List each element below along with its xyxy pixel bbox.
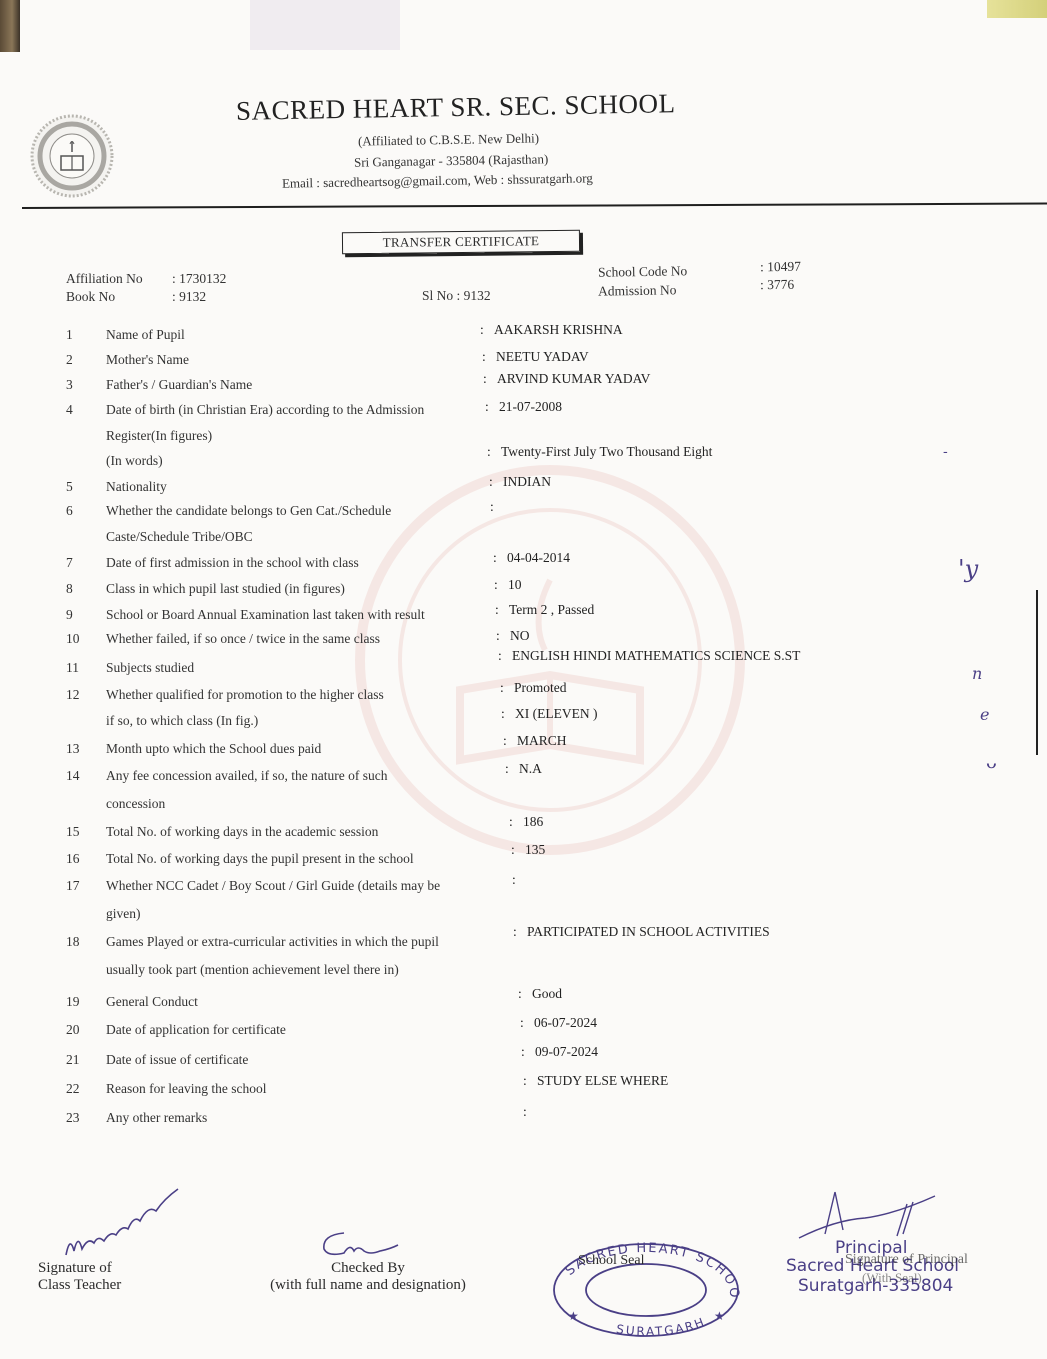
field-value: :: [523, 1104, 537, 1120]
field-number: 22: [66, 1081, 96, 1097]
field-value: :186: [509, 814, 543, 830]
field-label: Any fee concession availed, if so, the n…: [106, 768, 388, 784]
field-label-continued: Caste/Schedule Tribe/OBC: [106, 529, 253, 545]
field-value: :INDIAN: [489, 474, 551, 490]
class-teacher-label-line1: Signature of: [38, 1260, 121, 1277]
field-number: 13: [66, 741, 96, 757]
field-number: 14: [66, 768, 96, 784]
contact-line: Email : sacredheartsog@gmail.com, Web : …: [282, 170, 593, 191]
school-name: SACRED HEART SR. SEC. SCHOOL: [236, 88, 676, 127]
school-code-label: School Code No: [598, 263, 688, 281]
field-label: Any other remarks: [106, 1110, 207, 1126]
field-value: :: [490, 499, 504, 515]
school-seal-label: School Seal: [578, 1253, 645, 1269]
principal-signature-sublabel: (With Seal): [862, 1270, 922, 1286]
margin-mark: -: [943, 444, 948, 460]
affiliation-value: : 1730132: [172, 271, 226, 286]
book-label: Book No: [66, 289, 172, 305]
field-label: Whether failed, if so once / twice in th…: [106, 631, 380, 647]
field-number: 5: [66, 479, 96, 495]
field-value: :21-07-2008: [485, 399, 562, 415]
field-label: School or Board Annual Examination last …: [106, 607, 425, 623]
field-value: :135: [511, 842, 545, 858]
field-label: General Conduct: [106, 994, 198, 1010]
svg-text:SURATGARH: SURATGARH: [615, 1315, 707, 1338]
field-value: :04-04-2014: [493, 550, 570, 566]
field-value: :ENGLISH HINDI MATHEMATICS SCIENCE S.ST: [498, 648, 800, 664]
address-line: Sri Ganganagar - 335804 (Rajasthan): [354, 151, 548, 170]
field-number: 16: [66, 851, 96, 867]
field-label: Date of first admission in the school wi…: [106, 555, 359, 571]
school-code-value: : 10497: [760, 259, 801, 276]
field-label: Subjects studied: [106, 660, 194, 676]
certificate-title: TRANSFER CERTIFICATE: [342, 230, 580, 254]
field-value: :XI (ELEVEN ): [501, 706, 597, 722]
field-number: 8: [66, 581, 96, 597]
field-number: 11: [66, 660, 96, 676]
field-label: Whether the candidate belongs to Gen Cat…: [106, 503, 391, 519]
field-value: :Twenty-First July Two Thousand Eight: [487, 444, 712, 460]
admission-value: : 3776: [760, 277, 794, 294]
field-number: 2: [66, 352, 96, 368]
field-number: 17: [66, 878, 96, 894]
field-value: :: [512, 872, 526, 888]
field-label: Total No. of working days the pupil pres…: [106, 851, 414, 867]
class-teacher-label-line2: Class Teacher: [38, 1277, 121, 1294]
margin-mark: n: [972, 664, 982, 683]
field-number: 6: [66, 503, 96, 519]
sl-no: Sl No : 9132: [422, 288, 491, 304]
field-number: 10: [66, 631, 96, 647]
class-teacher-signature-icon: [60, 1185, 190, 1260]
field-number: 4: [66, 402, 96, 418]
field-number: 23: [66, 1110, 96, 1126]
field-label: Games Played or extra-curricular activit…: [106, 934, 439, 950]
book-value: : 9132: [172, 289, 206, 304]
svg-text:★: ★: [714, 1309, 725, 1323]
field-label: Total No. of working days in the academi…: [106, 824, 378, 840]
field-number: 7: [66, 555, 96, 571]
field-label: Father's / Guardian's Name: [106, 377, 252, 393]
field-label: Mother's Name: [106, 352, 189, 368]
checked-by-label: Checked By (with full name and designati…: [248, 1260, 488, 1294]
field-number: 15: [66, 824, 96, 840]
field-value: :10: [494, 577, 522, 593]
field-label: Class in which pupil last studied (in fi…: [106, 581, 345, 597]
class-teacher-label: Signature of Class Teacher: [38, 1260, 121, 1294]
field-label-continued: Register(In figures): [106, 428, 212, 444]
field-value: :PARTICIPATED IN SCHOOL ACTIVITIES: [513, 924, 770, 940]
field-label: Month upto which the School dues paid: [106, 741, 321, 757]
field-value: :N.A: [505, 761, 542, 777]
field-value: :06-07-2024: [520, 1015, 597, 1031]
svg-text:SACRED HEART SCHOOL: SACRED HEART SCHOOL: [548, 1238, 741, 1300]
affiliation-line: (Affiliated to C.B.S.E. New Delhi): [358, 130, 539, 149]
field-label-continued: usually took part (mention achievement l…: [106, 962, 399, 978]
field-number: 19: [66, 994, 96, 1010]
field-number: 1: [66, 327, 96, 343]
book-no: Book No: 9132: [66, 289, 206, 305]
field-label: Date of birth (in Christian Era) accordi…: [106, 402, 424, 418]
field-number: 3: [66, 377, 96, 393]
svg-text:★: ★: [568, 1309, 579, 1323]
field-label: Whether qualified for promotion to the h…: [106, 687, 384, 703]
checked-by-line1: Checked By: [248, 1260, 488, 1277]
margin-mark: e: [980, 705, 989, 724]
field-value: :AAKARSH KRISHNA: [480, 322, 623, 338]
field-label: Name of Pupil: [106, 327, 185, 343]
admission-label: Admission No: [598, 282, 677, 299]
field-value: :STUDY ELSE WHERE: [523, 1073, 668, 1089]
field-label: Date of issue of certificate: [106, 1052, 248, 1068]
field-label: Reason for leaving the school: [106, 1081, 266, 1097]
field-value: :09-07-2024: [521, 1044, 598, 1060]
field-label-continued: concession: [106, 796, 165, 812]
field-label-continued: given): [106, 906, 141, 922]
field-value: :NEETU YADAV: [482, 349, 589, 365]
margin-mark: ᴗ: [986, 752, 997, 773]
affiliation-label: Affiliation No: [66, 271, 172, 287]
field-value: :Term 2 , Passed: [495, 602, 594, 618]
margin-line: [1036, 590, 1038, 755]
field-number: 12: [66, 687, 96, 703]
transfer-certificate-page: SACRED HEART SR. SEC. SCHOOL (Affiliated…: [0, 0, 1047, 1359]
field-value: :Good: [518, 986, 562, 1002]
field-value: :ARVIND KUMAR YADAV: [483, 371, 650, 387]
field-value: :Promoted: [500, 680, 567, 696]
header-divider: [22, 203, 1047, 209]
margin-mark: 'y: [958, 555, 978, 583]
field-label: Date of application for certificate: [106, 1022, 286, 1038]
field-number: 9: [66, 607, 96, 623]
field-number: 20: [66, 1022, 96, 1038]
field-number: 18: [66, 934, 96, 950]
field-label: Whether NCC Cadet / Boy Scout / Girl Gui…: [106, 878, 440, 894]
field-label-continued: (In words): [106, 453, 163, 469]
checked-by-signature-icon: [318, 1225, 408, 1263]
affiliation-no: Affiliation No: 1730132: [66, 271, 226, 287]
field-number: 21: [66, 1052, 96, 1068]
field-label: Nationality: [106, 479, 167, 495]
field-value: :NO: [496, 628, 530, 644]
school-crest-icon: [8, 114, 136, 198]
principal-signature-label: Signature of Principal: [845, 1252, 968, 1268]
field-label-continued: if so, to which class (In fig.): [106, 713, 258, 729]
checked-by-line2: (with full name and designation): [248, 1277, 488, 1294]
field-value: :MARCH: [503, 733, 567, 749]
